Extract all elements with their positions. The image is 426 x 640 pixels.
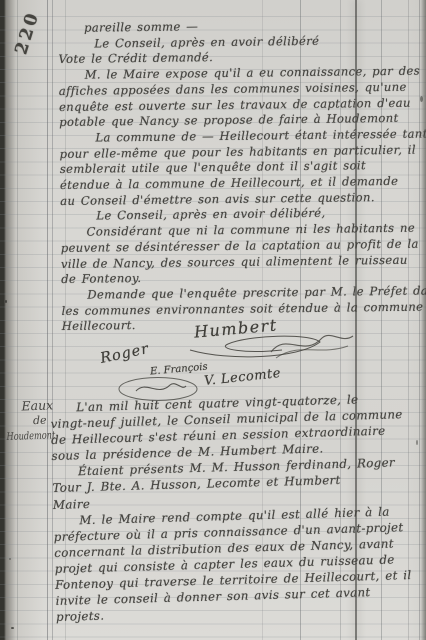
ruled-line-margin-outer bbox=[47, 0, 48, 640]
ruled-line-left-edge bbox=[17, 0, 18, 640]
manuscript-page: 220 pareille somme —Le Conseil, après en… bbox=[0, 0, 426, 640]
entry-session-text: L'an mil huit cent quatre vingt-quatorze… bbox=[50, 390, 414, 625]
ink-speck bbox=[11, 627, 14, 629]
entry-deliberation-text: pareille somme —Le Conseil, après en avo… bbox=[58, 17, 410, 335]
ruled-line-margin-inner bbox=[52, 0, 53, 640]
signature-paraph-icon bbox=[268, 328, 356, 364]
ink-speck bbox=[9, 558, 11, 560]
ink-speck bbox=[416, 440, 418, 445]
ink-speck bbox=[5, 300, 7, 303]
ink-speck bbox=[420, 96, 423, 102]
signature-paraph-oval-icon bbox=[116, 375, 200, 405]
margin-note-line: Houdemont bbox=[6, 429, 53, 443]
